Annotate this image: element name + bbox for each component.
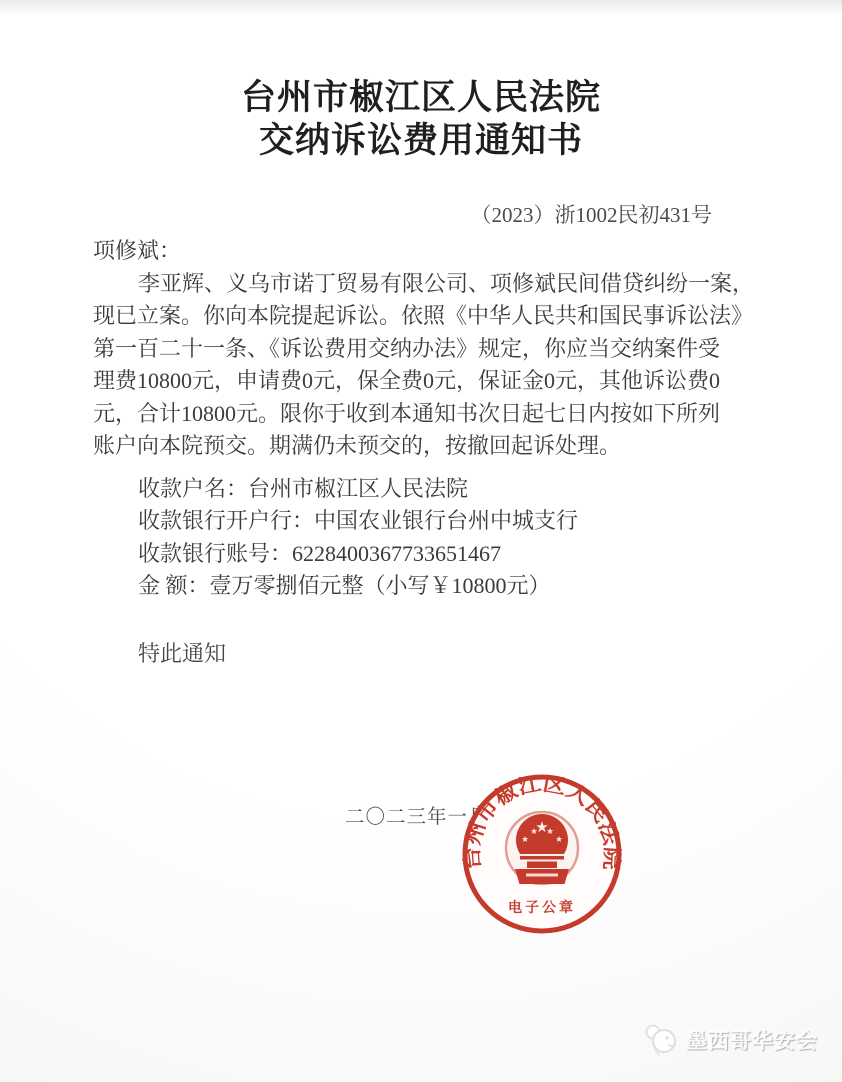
watermark: 墨西哥华安会 bbox=[641, 1021, 818, 1059]
emblem-small-star-icon: ★ bbox=[555, 834, 563, 844]
national-emblem-icon: ★ ★ ★ ★ ★ bbox=[506, 812, 578, 884]
emblem-small-star-icon: ★ bbox=[521, 834, 529, 844]
body-line: 账户向本院预交。期满仍未预交的，按撤回起诉处理。 bbox=[93, 429, 621, 460]
emblem-small-star-icon: ★ bbox=[530, 826, 538, 836]
amount-line: 金 额：壹万零捌佰元整（小写￥10800元） bbox=[138, 569, 551, 600]
page-title: 台州市椒江区人民法院 交纳诉讼费用通知书 bbox=[0, 76, 842, 162]
payee-bank-line: 收款银行开户行：中国农业银行台州中城支行 bbox=[138, 504, 578, 535]
court-notice-document: 台州市椒江区人民法院 交纳诉讼费用通知书 （2023）浙1002民初431号 项… bbox=[0, 0, 842, 1082]
emblem-gate-roof bbox=[520, 856, 564, 860]
body-line: 李亚辉、义乌市诺丁贸易有限公司、项修斌民间借贷纠纷一案， bbox=[138, 267, 754, 298]
body-line: 第一百二十一条、《诉讼费用交纳办法》规定，你应当交纳案件受 bbox=[93, 332, 720, 363]
payee-account-line: 收款银行账号：6228400367733651467 bbox=[138, 537, 501, 568]
body-line: 现已立案。你向本院提起诉讼。依照《中华人民共和国民事诉讼法》 bbox=[93, 299, 753, 330]
title-line-2: 交纳诉讼费用通知书 bbox=[0, 119, 842, 162]
body-line: 元，合计10800元。限你于收到本通知书次日起七日内按如下所列 bbox=[93, 397, 720, 428]
emblem-base-detail bbox=[526, 874, 558, 877]
body-line: 理费10800元，申请费0元，保全费0元，保证金0元，其他诉讼费0 bbox=[93, 364, 720, 395]
addressee: 项修斌： bbox=[93, 234, 181, 265]
title-line-1: 台州市椒江区人民法院 bbox=[0, 76, 842, 119]
emblem-small-star-icon: ★ bbox=[546, 826, 554, 836]
watermark-text: 墨西哥华安会 bbox=[686, 1025, 818, 1055]
closing-phrase: 特此通知 bbox=[138, 637, 226, 668]
scan-shadow bbox=[0, 0, 842, 16]
emblem-gate-body bbox=[527, 862, 557, 869]
case-number: （2023）浙1002民初431号 bbox=[471, 199, 713, 229]
court-seal: 台州市椒江区人民法院 ★ ★ ★ ★ ★ 电子公章 bbox=[456, 768, 628, 940]
payee-name-line: 收款户名：台州市椒江区人民法院 bbox=[138, 472, 468, 503]
seal-bottom-label: 电子公章 bbox=[508, 899, 576, 916]
watermark-mascot-icon bbox=[641, 1021, 681, 1059]
